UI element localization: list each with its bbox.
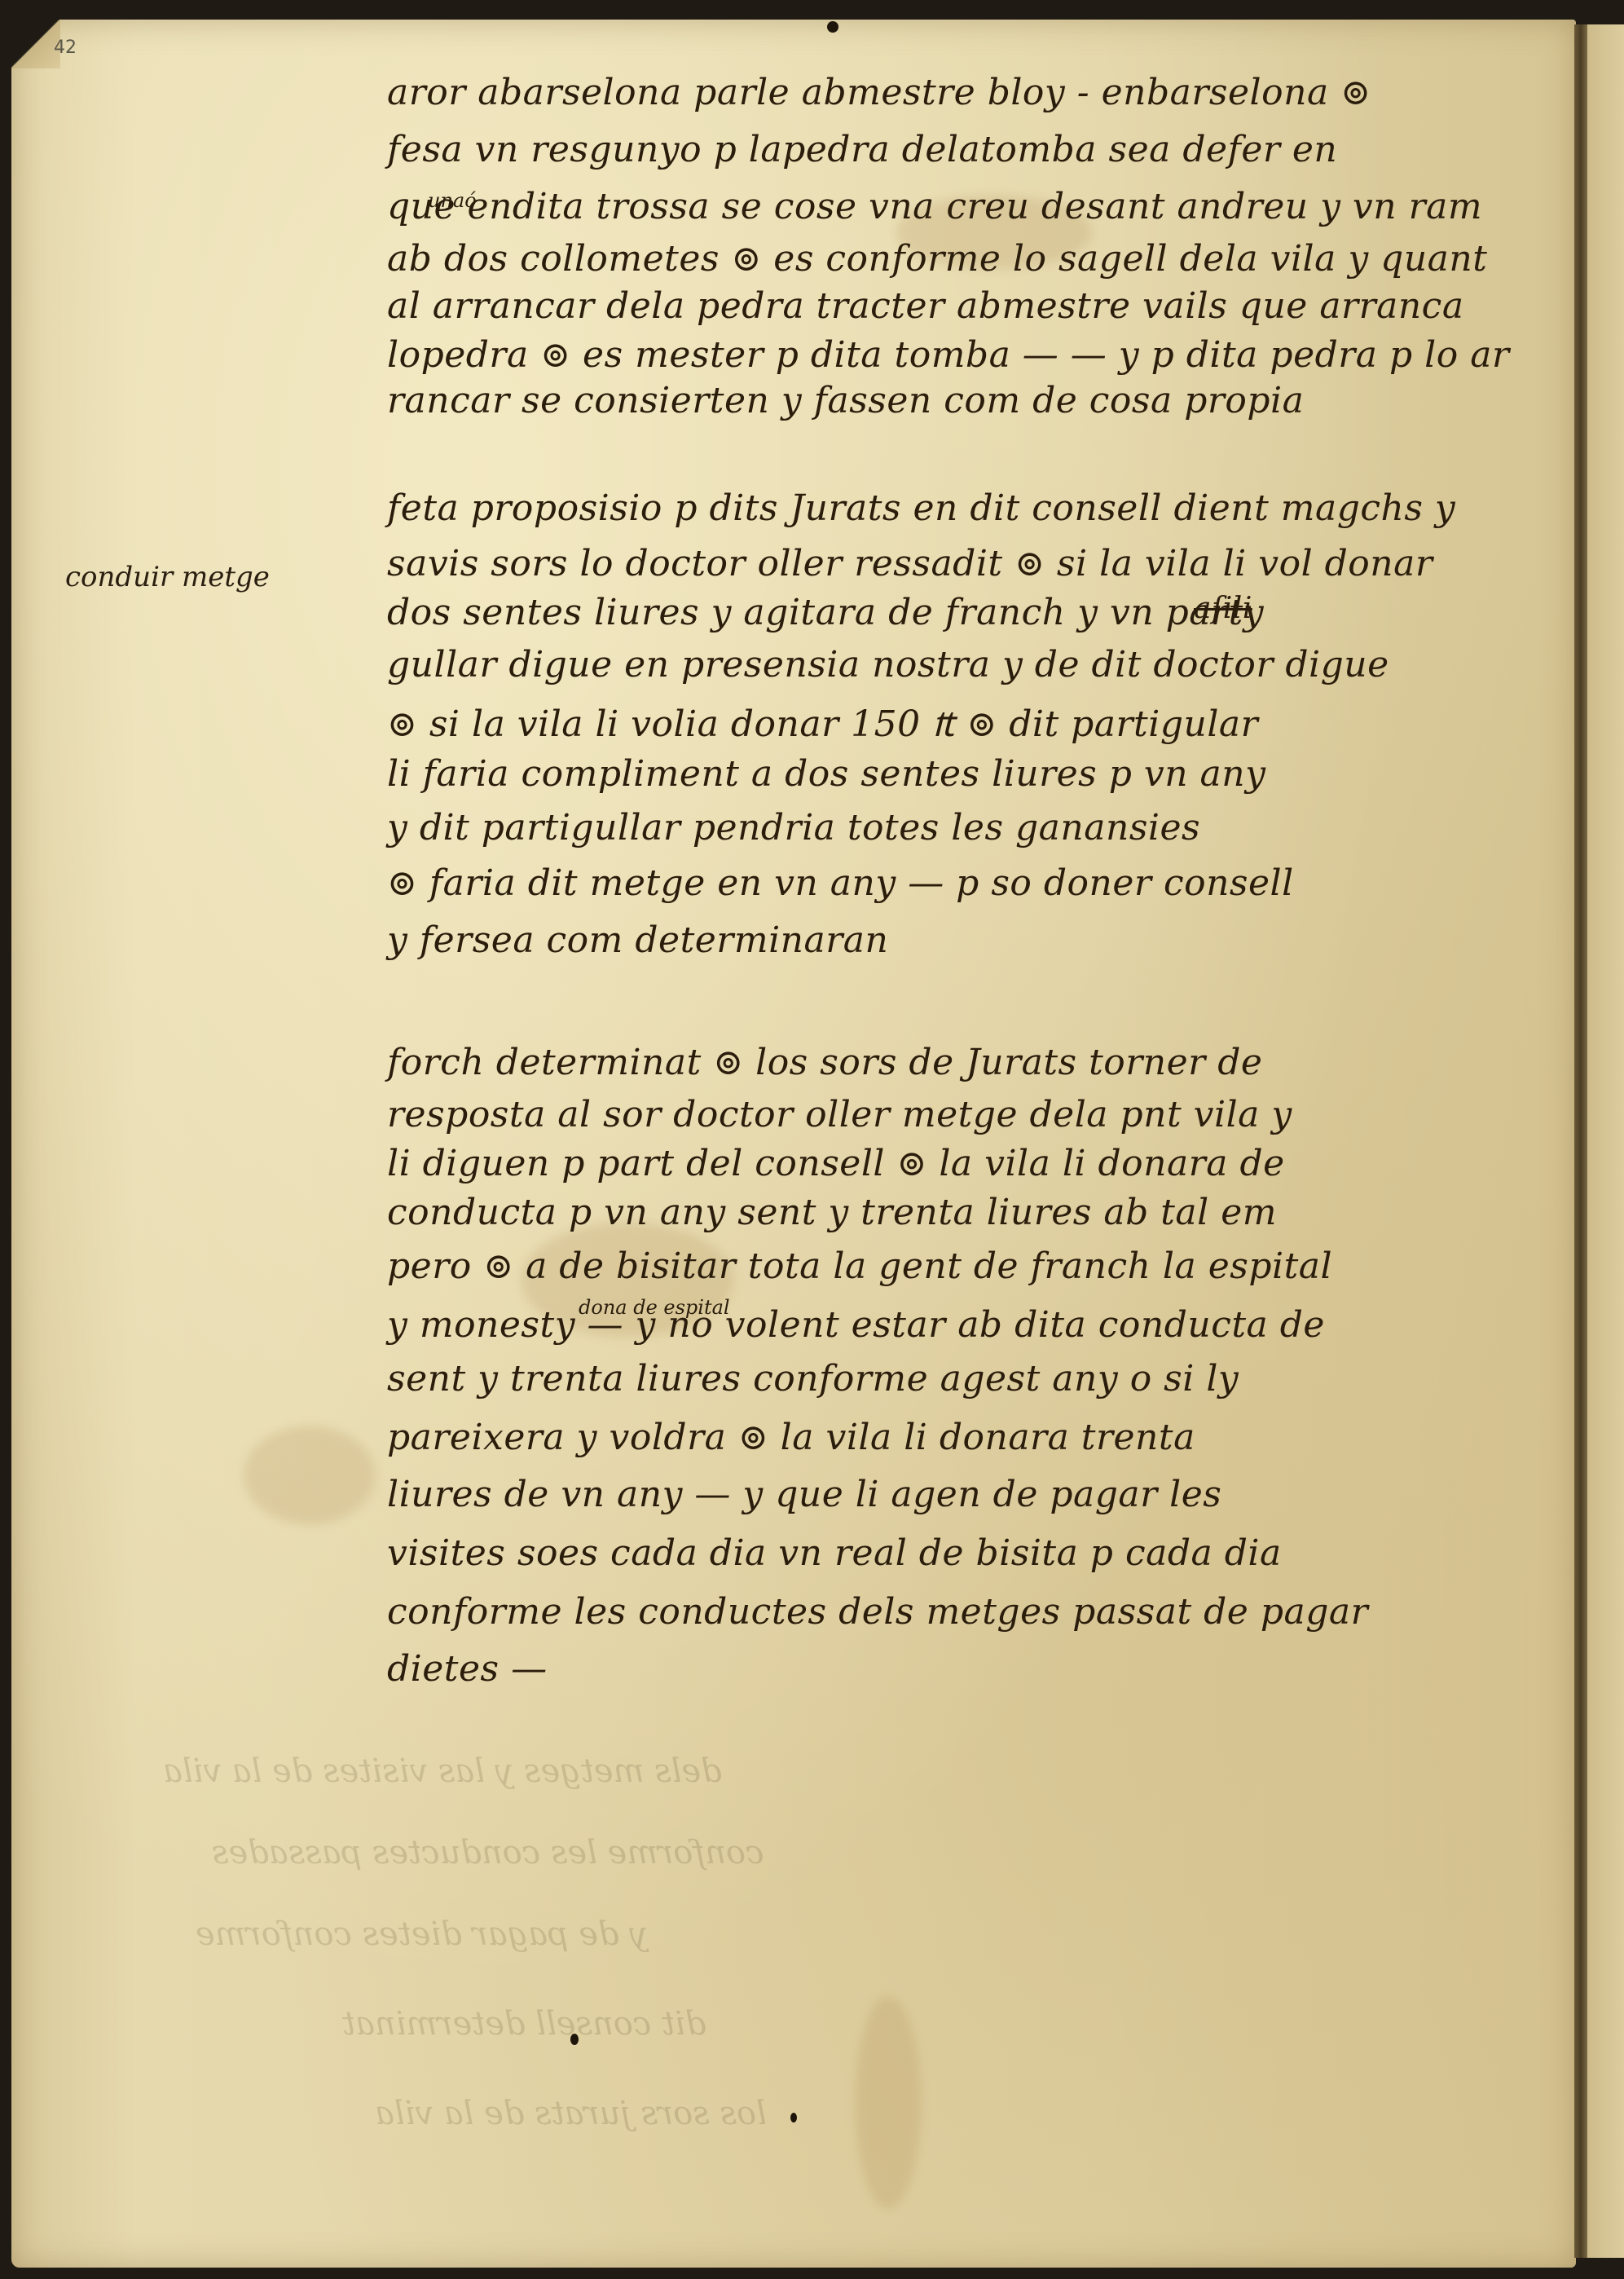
text-line: y dit partigullar pendria totes les gana…: [387, 807, 1200, 849]
text-line: forch determinat ⊚ los sors de Jurats to…: [387, 1042, 1262, 1083]
bleed-through-text: los sors jurats de la vila: [375, 2095, 767, 2132]
text-line: pero ⊚ a de bisitar tota la gent de fran…: [387, 1245, 1332, 1287]
text-line: ab dos collometes ⊚ es conforme lo sagel…: [387, 238, 1487, 280]
folded-corner: [11, 20, 60, 68]
text-line: sent y trenta liures conforme agest any …: [387, 1358, 1239, 1400]
text-line: liures de vn any — y que li agen de paga…: [387, 1474, 1221, 1515]
struck-word: aſili: [1194, 592, 1252, 625]
text-line: lopedra ⊚ es mester p dita tomba — — y p…: [387, 334, 1510, 376]
bleed-through-text: conforme les conductes passades: [212, 1834, 764, 1871]
text-line: que endita trossa se cose vna creu desan…: [387, 186, 1482, 227]
text-line: feta proposisio p dits Jurats en dit con…: [387, 487, 1455, 529]
adjacent-page-edge: [1587, 24, 1624, 2258]
margin-note: conduir metge: [65, 561, 270, 593]
text-line: fesa vn resgunyo p lapedra delatomba sea…: [387, 129, 1337, 170]
text-line: al arrancar dela pedra tracter abmestre …: [387, 285, 1464, 327]
text-line: resposta al sor doctor oller metge dela …: [387, 1094, 1292, 1135]
ink-blot: [570, 2034, 579, 2045]
stain: [244, 1426, 375, 1524]
text-line: y monesty — y no volent estar ab dita co…: [387, 1304, 1325, 1346]
bleed-through-text: y de pagar dietes conforme: [196, 1915, 648, 1953]
bleed-through-text: dels metges y las visites de la vila: [163, 1752, 722, 1790]
text-line: conforme les conductes dels metges passa…: [387, 1591, 1368, 1633]
book-spine: [1574, 24, 1587, 2258]
ink-blot: [827, 21, 838, 33]
text-line: gullar digue en presensia nostra y de di…: [387, 644, 1389, 685]
text-line: visites soes cada dia vn real de bisita …: [387, 1532, 1282, 1574]
text-line: ⊚ faria dit metge en vn any — p so doner…: [387, 862, 1294, 904]
folio-number: 42: [54, 37, 77, 58]
bleed-through-text: dit consell determinat: [342, 2005, 706, 2043]
text-line: pareixera y voldra ⊚ la vila li donara t…: [387, 1417, 1195, 1458]
ink-blot: [790, 2113, 797, 2123]
text-line: li faria compliment a dos sentes liures …: [387, 753, 1265, 795]
text-line: y fersea com determinaran: [387, 919, 888, 961]
text-line: rancar se consierten y fassen com de cos…: [387, 380, 1304, 421]
text-line: aror abarselona parle abmestre bloy - en…: [387, 72, 1371, 113]
text-line: savis sors lo doctor oller ressadit ⊚ si…: [387, 543, 1433, 584]
stain: [856, 1997, 921, 2209]
text-line: li diguen p part del consell ⊚ la vila l…: [387, 1143, 1285, 1184]
text-line: conducta p vn any sent y trenta liures a…: [387, 1192, 1277, 1233]
text-line: dos sentes liures y agitara de franch y …: [387, 592, 1264, 633]
text-line: ⊚ si la vila li volia donar 150 ₶ ⊚ dit …: [387, 698, 1258, 747]
text-line: dietes —: [387, 1648, 548, 1690]
